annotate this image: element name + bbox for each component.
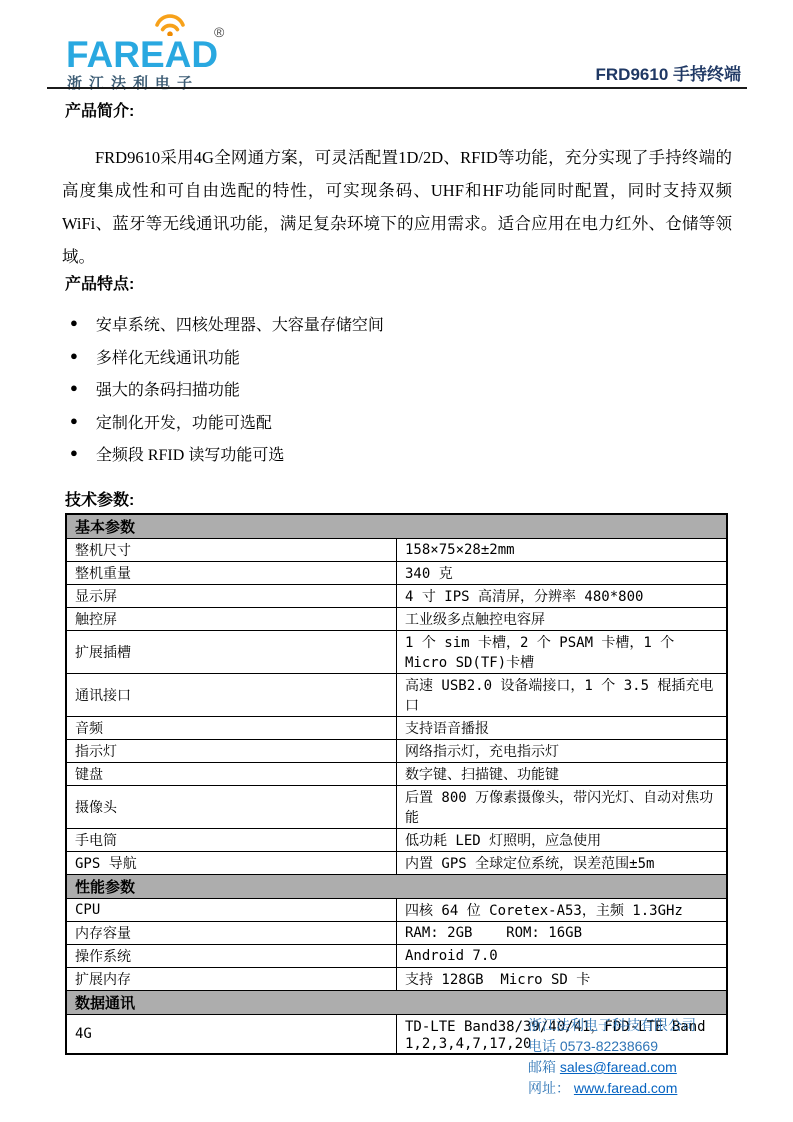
list-item: ● 安卓系统、四核处理器、大容量存储空间 [70, 312, 670, 345]
table-row: 操作系统Android 7.0 [66, 945, 727, 968]
spec-value: 支持语音播报 [397, 717, 728, 740]
table-row: 指示灯网络指示灯，充电指示灯 [66, 740, 727, 763]
spec-label: 扩展内存 [66, 968, 397, 991]
feature-text: 强大的条码扫描功能 [96, 377, 240, 400]
table-row: CPU四核 64 位 Coretex-A53，主频 1.3GHz [66, 899, 727, 922]
intro-paragraph: FRD9610采用4G全网通方案，可灵活配置1D/2D、RFID等功能，充分实现… [62, 141, 732, 273]
bullet-icon: ● [70, 345, 78, 367]
spec-label: 通讯接口 [66, 674, 397, 717]
page-footer: 浙江法利电子科技有限公司 电话 0573-82238669 邮箱 sales@f… [528, 1015, 758, 1099]
spec-value: 158×75×28±2mm [397, 539, 728, 562]
wifi-icon [152, 12, 188, 36]
bullet-icon: ● [70, 377, 78, 399]
spec-value: 4 寸 IPS 高清屏，分辨率 480*800 [397, 585, 728, 608]
spec-label: 触控屏 [66, 608, 397, 631]
footer-company: 浙江法利电子科技有限公司 [528, 1015, 758, 1036]
section-header: 基本参数 [66, 514, 727, 539]
table-row: 扩展内存支持 128GB Micro SD 卡 [66, 968, 727, 991]
section-header: 性能参数 [66, 875, 727, 899]
bullet-icon: ● [70, 410, 78, 432]
table-row: 整机重量340 克 [66, 562, 727, 585]
feature-text: 定制化开发，功能可选配 [96, 410, 272, 433]
email-label: 邮箱 [528, 1059, 556, 1075]
table-row: 显示屏4 寸 IPS 高清屏，分辨率 480*800 [66, 585, 727, 608]
table-row: 触控屏工业级多点触控电容屏 [66, 608, 727, 631]
table-row: 键盘数字键、扫描键、功能键 [66, 763, 727, 786]
spec-value: 340 克 [397, 562, 728, 585]
spec-label: 指示灯 [66, 740, 397, 763]
spec-label: 内存容量 [66, 922, 397, 945]
spec-value: 后置 800 万像素摄像头，带闪光灯、自动对焦功能 [397, 786, 728, 829]
phone-label: 电话 [528, 1038, 556, 1054]
footer-email-line: 邮箱 sales@faread.com [528, 1057, 758, 1078]
footer-phone-line: 电话 0573-82238669 [528, 1036, 758, 1057]
list-item: ● 定制化开发，功能可选配 [70, 410, 670, 443]
spec-label: 摄像头 [66, 786, 397, 829]
table-row: 摄像头后置 800 万像素摄像头，带闪光灯、自动对焦功能 [66, 786, 727, 829]
list-item: ● 多样化无线通讯功能 [70, 345, 670, 378]
features-list: ● 安卓系统、四核处理器、大容量存储空间 ● 多样化无线通讯功能 ● 强大的条码… [70, 312, 670, 475]
specs-heading: 技术参数: [65, 487, 134, 510]
brand-wordmark: FAREAD [66, 36, 218, 73]
spec-value: 内置 GPS 全球定位系统，误差范围±5m [397, 852, 728, 875]
spec-value: Android 7.0 [397, 945, 728, 968]
web-label: 网址： [528, 1080, 570, 1096]
website-link[interactable]: www.faread.com [574, 1080, 677, 1096]
list-item: ● 强大的条码扫描功能 [70, 377, 670, 410]
spec-value: 工业级多点触控电容屏 [397, 608, 728, 631]
faread-logo: FAREAD ® 浙江法利电子 [66, 12, 236, 84]
table-row: 音频支持语音播报 [66, 717, 727, 740]
header-divider [47, 87, 747, 89]
document-title: FRD9610 手持终端 [596, 60, 741, 85]
feature-text: 多样化无线通讯功能 [96, 345, 240, 368]
feature-text: 安卓系统、四核处理器、大容量存储空间 [96, 312, 384, 335]
email-link[interactable]: sales@faread.com [560, 1059, 677, 1075]
footer-web-line: 网址： www.faread.com [528, 1078, 758, 1099]
spec-label: 整机重量 [66, 562, 397, 585]
spec-value: 支持 128GB Micro SD 卡 [397, 968, 728, 991]
intro-heading: 产品简介: [65, 98, 134, 121]
brand-subtitle: 浙江法利电子 [67, 72, 199, 93]
list-item: ● 全频段 RFID 读写功能可选 [70, 442, 670, 475]
table-section-row: 性能参数 [66, 875, 727, 899]
spec-label: 键盘 [66, 763, 397, 786]
spec-label: 整机尺寸 [66, 539, 397, 562]
spec-value: 1 个 sim 卡槽，2 个 PSAM 卡槽，1 个 Micro SD(TF)卡… [397, 631, 728, 674]
spec-label: CPU [66, 899, 397, 922]
table-row: 内存容量RAM: 2GB ROM: 16GB [66, 922, 727, 945]
spec-label: 手电筒 [66, 829, 397, 852]
table-row: GPS 导航内置 GPS 全球定位系统，误差范围±5m [66, 852, 727, 875]
spec-label: 显示屏 [66, 585, 397, 608]
bullet-icon: ● [70, 312, 78, 334]
spec-value: 数字键、扫描键、功能键 [397, 763, 728, 786]
table-section-row: 基本参数 [66, 514, 727, 539]
spec-label: 操作系统 [66, 945, 397, 968]
spec-value: RAM: 2GB ROM: 16GB [397, 922, 728, 945]
spec-label: 4G [66, 1015, 397, 1055]
datasheet-page: FAREAD ® 浙江法利电子 FRD9610 手持终端 产品简介: FRD96… [0, 0, 793, 1122]
registered-mark-icon: ® [214, 24, 224, 40]
section-header: 数据通讯 [66, 991, 727, 1015]
table-row: 手电筒低功耗 LED 灯照明，应急使用 [66, 829, 727, 852]
spec-value: 网络指示灯，充电指示灯 [397, 740, 728, 763]
table-section-row: 数据通讯 [66, 991, 727, 1015]
table-row: 整机尺寸158×75×28±2mm [66, 539, 727, 562]
spec-value: 高速 USB2.0 设备端接口，1 个 3.5 棍插充电口 [397, 674, 728, 717]
features-heading: 产品特点: [65, 271, 134, 294]
spec-label: GPS 导航 [66, 852, 397, 875]
specs-table: 基本参数 整机尺寸158×75×28±2mm 整机重量340 克 显示屏4 寸 … [65, 513, 728, 1055]
spec-label: 音频 [66, 717, 397, 740]
phone-number: 0573-82238669 [560, 1038, 658, 1054]
table-row: 扩展插槽1 个 sim 卡槽，2 个 PSAM 卡槽，1 个 Micro SD(… [66, 631, 727, 674]
spec-value: 低功耗 LED 灯照明，应急使用 [397, 829, 728, 852]
bullet-icon: ● [70, 442, 78, 464]
spec-label: 扩展插槽 [66, 631, 397, 674]
feature-text: 全频段 RFID 读写功能可选 [96, 442, 284, 465]
table-row: 通讯接口高速 USB2.0 设备端接口，1 个 3.5 棍插充电口 [66, 674, 727, 717]
spec-value: 四核 64 位 Coretex-A53，主频 1.3GHz [397, 899, 728, 922]
